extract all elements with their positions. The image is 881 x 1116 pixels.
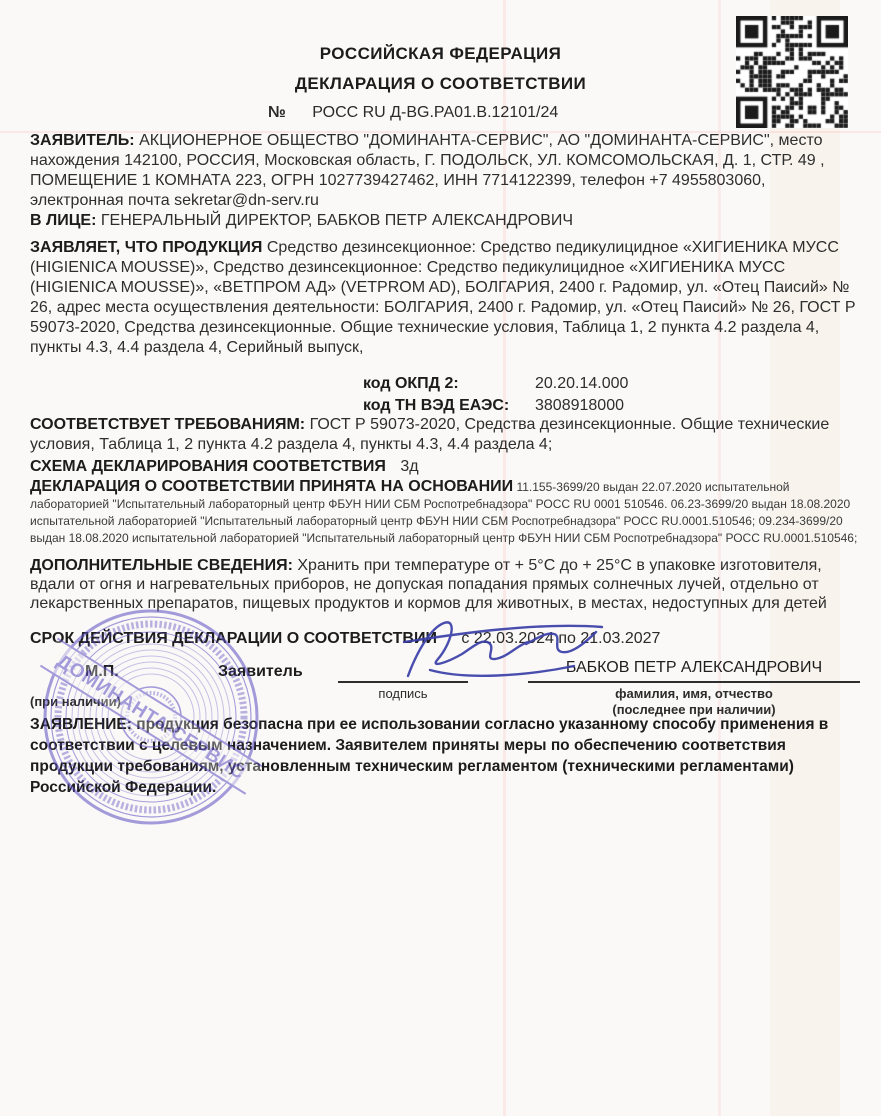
additional-info-section: ДОПОЛНИТЕЛЬНЫЕ СВЕДЕНИЯ: Хранить при тем… xyxy=(30,556,862,613)
statement-label: ЗАЯВЛЕНИЕ: xyxy=(30,716,132,733)
applicant-label: ЗАЯВИТЕЛЬ: xyxy=(30,132,135,149)
statement-section: ЗАЯВЛЕНИЕ: продукция безопасна при ее ис… xyxy=(30,714,842,798)
page-title: ДЕКЛАРАЦИЯ О СООТВЕТСТВИИ xyxy=(30,74,851,94)
in-person-text: ГЕНЕРАЛЬНЫЙ ДИРЕКТОР, БАБКОВ ПЕТР АЛЕКСА… xyxy=(101,212,573,229)
validity-label: СРОК ДЕЙСТВИЯ ДЕКЛАРАЦИИ О СООТВЕТСТВИИ xyxy=(30,630,437,647)
validity-value: с 22.03.2024 по 21.03.2027 xyxy=(461,630,660,647)
qr-code xyxy=(736,16,848,128)
number-value: РОСС RU Д-BG.РА01.В.12101/24 xyxy=(312,104,558,121)
scheme-section: СХЕМА ДЕКЛАРИРОВАНИЯ СООТВЕТСТВИЯ 3д xyxy=(30,457,862,477)
applicant-text: АКЦИОНЕРНОЕ ОБЩЕСТВО "ДОМИНАНТА-СЕРВИС",… xyxy=(30,132,825,209)
header-country: РОССИЙСКАЯ ФЕДЕРАЦИЯ xyxy=(30,44,851,64)
okpd-label: код ОКПД 2: xyxy=(363,375,459,393)
signer-role-label: Заявитель xyxy=(218,663,303,681)
stamp-place-label: М.П. xyxy=(85,663,119,681)
name-line xyxy=(528,681,860,683)
basis-section: ДЕКЛАРАЦИЯ О СООТВЕТСТВИИ ПРИНЯТА НА ОСН… xyxy=(30,477,862,547)
stamp-place-note: (при наличии) xyxy=(30,694,121,709)
basis-label: ДЕКЛАРАЦИЯ О СООТВЕТСТВИИ ПРИНЯТА НА ОСН… xyxy=(30,478,513,495)
validity-section: СРОК ДЕЙСТВИЯ ДЕКЛАРАЦИИ О СООТВЕТСТВИИ … xyxy=(30,629,862,649)
requirements-section: СООТВЕТСТВУЕТ ТРЕБОВАНИЯМ: ГОСТ Р 59073-… xyxy=(30,415,862,455)
product-section: ЗАЯВЛЯЕТ, ЧТО ПРОДУКЦИЯ Средство дезинсе… xyxy=(30,238,862,358)
declaration-number: № РОСС RU Д-BG.РА01.В.12101/24 xyxy=(268,104,558,122)
declares-label: ЗАЯВЛЯЕТ, ЧТО ПРОДУКЦИЯ xyxy=(30,239,262,256)
signature-caption: подпись xyxy=(338,686,468,701)
declaration-document: РОССИЙСКАЯ ФЕДЕРАЦИЯ ДЕКЛАРАЦИЯ О СООТВЕ… xyxy=(0,0,881,1116)
statement-text: продукция безопасна при ее использовании… xyxy=(30,716,828,796)
applicant-section: ЗАЯВИТЕЛЬ: АКЦИОНЕРНОЕ ОБЩЕСТВО "ДОМИНАН… xyxy=(30,131,862,231)
number-sign: № xyxy=(268,104,286,121)
okpd-value: 20.20.14.000 xyxy=(535,375,628,393)
declares-text: Средство дезинсекционное: Средство педик… xyxy=(30,239,856,356)
signer-full-name: БАБКОВ ПЕТР АЛЕКСАНДРОВИЧ xyxy=(528,659,860,677)
scheme-label: СХЕМА ДЕКЛАРИРОВАНИЯ СООТВЕТСТВИЯ xyxy=(30,458,386,475)
requirements-label: СООТВЕТСТВУЕТ ТРЕБОВАНИЯМ: xyxy=(30,416,305,433)
scheme-value: 3д xyxy=(400,458,418,475)
additional-label: ДОПОЛНИТЕЛЬНЫЕ СВЕДЕНИЯ: xyxy=(30,557,293,574)
in-person-label: В ЛИЦЕ: xyxy=(30,212,96,229)
signature-line xyxy=(338,681,468,683)
tnved-value: 3808918000 xyxy=(535,397,624,415)
name-caption: фамилия, имя, отчество xyxy=(528,686,860,701)
tnved-label: код ТН ВЭД ЕАЭС: xyxy=(363,397,509,415)
